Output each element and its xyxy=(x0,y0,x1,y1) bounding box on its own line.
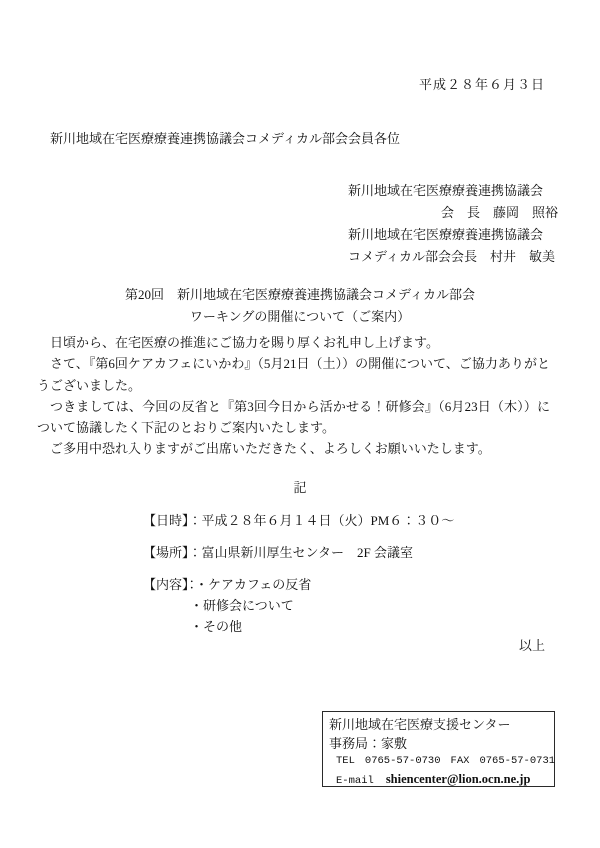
letter-date: 平成２８年６月３日 xyxy=(419,74,545,93)
content-label: 【内容】： xyxy=(143,577,195,592)
tel-number: 0765-57-0730 xyxy=(365,755,441,767)
fax-number: 0765-57-0731 xyxy=(479,755,555,767)
place-label: 【場所】： xyxy=(143,545,202,560)
sender-chairman: 会 長 藤岡 照裕 xyxy=(348,202,558,224)
sender-org-1: 新川地域在宅医療療養連携協議会 xyxy=(348,180,558,202)
tel-label: TEL xyxy=(336,755,355,767)
title-line-2: ワーキングの開催について（ご案内） xyxy=(0,306,600,328)
content-item-2: ・研修会について xyxy=(190,595,294,614)
detail-datetime: 【日時】：平成２８年６月１４日（火）PM６：３０～ xyxy=(143,510,454,529)
paragraph-thanks: さて、『第6回ケアカフェにいかわ』（5月21日（土））の開催について、ご協力あり… xyxy=(37,353,550,396)
record-marker: 記 xyxy=(0,477,600,496)
letter-page: 平成２８年６月３日 新川地域在宅医療療養連携協議会コメディカル部会会員各位 新川… xyxy=(0,0,600,848)
content-item-1: ・ケアカフェの反省 xyxy=(195,577,311,592)
paragraph-purpose: つきましては、今回の反省と『第3回今日から活かせる！研修会』（6月23日（木））… xyxy=(37,396,550,439)
addressee-line: 新川地域在宅医療療養連携協議会コメディカル部会会員各位 xyxy=(50,128,400,147)
paragraph-request: ご多用中恐れ入りますがご出席いただきたく、よろしくお願いいたします。 xyxy=(37,438,550,459)
contact-email: E-mailshiencenter@lion.ocn.ne.jp xyxy=(329,770,548,790)
datetime-label: 【日時】： xyxy=(143,513,202,528)
body-paragraphs: 日頃から、在宅医療の推進にご協力を賜り厚くお礼申し上げます。 さて、『第6回ケア… xyxy=(37,332,550,460)
contact-tel-fax: TEL0765-57-0730FAX0765-57-0731 xyxy=(329,753,548,770)
place-value: 富山県新川厚生センター 2F 会議室 xyxy=(202,545,413,560)
sender-subcommittee-chair: コメディカル部会会長 村井 敏美 xyxy=(348,246,558,268)
content-item-3: ・その他 xyxy=(190,616,242,635)
datetime-value: 平成２８年６月１４日（火）PM６：３０～ xyxy=(202,513,455,528)
sender-org-2: 新川地域在宅医療療養連携協議会 xyxy=(348,224,558,246)
sender-block: 新川地域在宅医療療養連携協議会 会 長 藤岡 照裕 新川地域在宅医療療養連携協議… xyxy=(348,180,558,268)
contact-box: 新川地域在宅医療支援センター 事務局：家敷 TEL0765-57-0730FAX… xyxy=(322,711,555,787)
contact-office: 事務局：家敷 xyxy=(329,734,548,753)
contact-center-name: 新川地域在宅医療支援センター xyxy=(329,715,548,734)
fax-label: FAX xyxy=(451,755,470,767)
document-title: 第20回 新川地域在宅医療療養連携協議会コメディカル部会 ワーキングの開催につい… xyxy=(0,284,600,327)
title-line-1: 第20回 新川地域在宅医療療養連携協議会コメディカル部会 xyxy=(0,284,600,306)
detail-place: 【場所】：富山県新川厚生センター 2F 会議室 xyxy=(143,542,413,561)
closing-marker: 以上 xyxy=(519,635,545,654)
detail-content: 【内容】：・ケアカフェの反省 xyxy=(143,574,311,593)
paragraph-greeting: 日頃から、在宅医療の推進にご協力を賜り厚くお礼申し上げます。 xyxy=(37,332,550,353)
email-label: E-mail xyxy=(336,775,374,787)
email-address: shiencenter@lion.ocn.ne.jp xyxy=(386,772,531,786)
